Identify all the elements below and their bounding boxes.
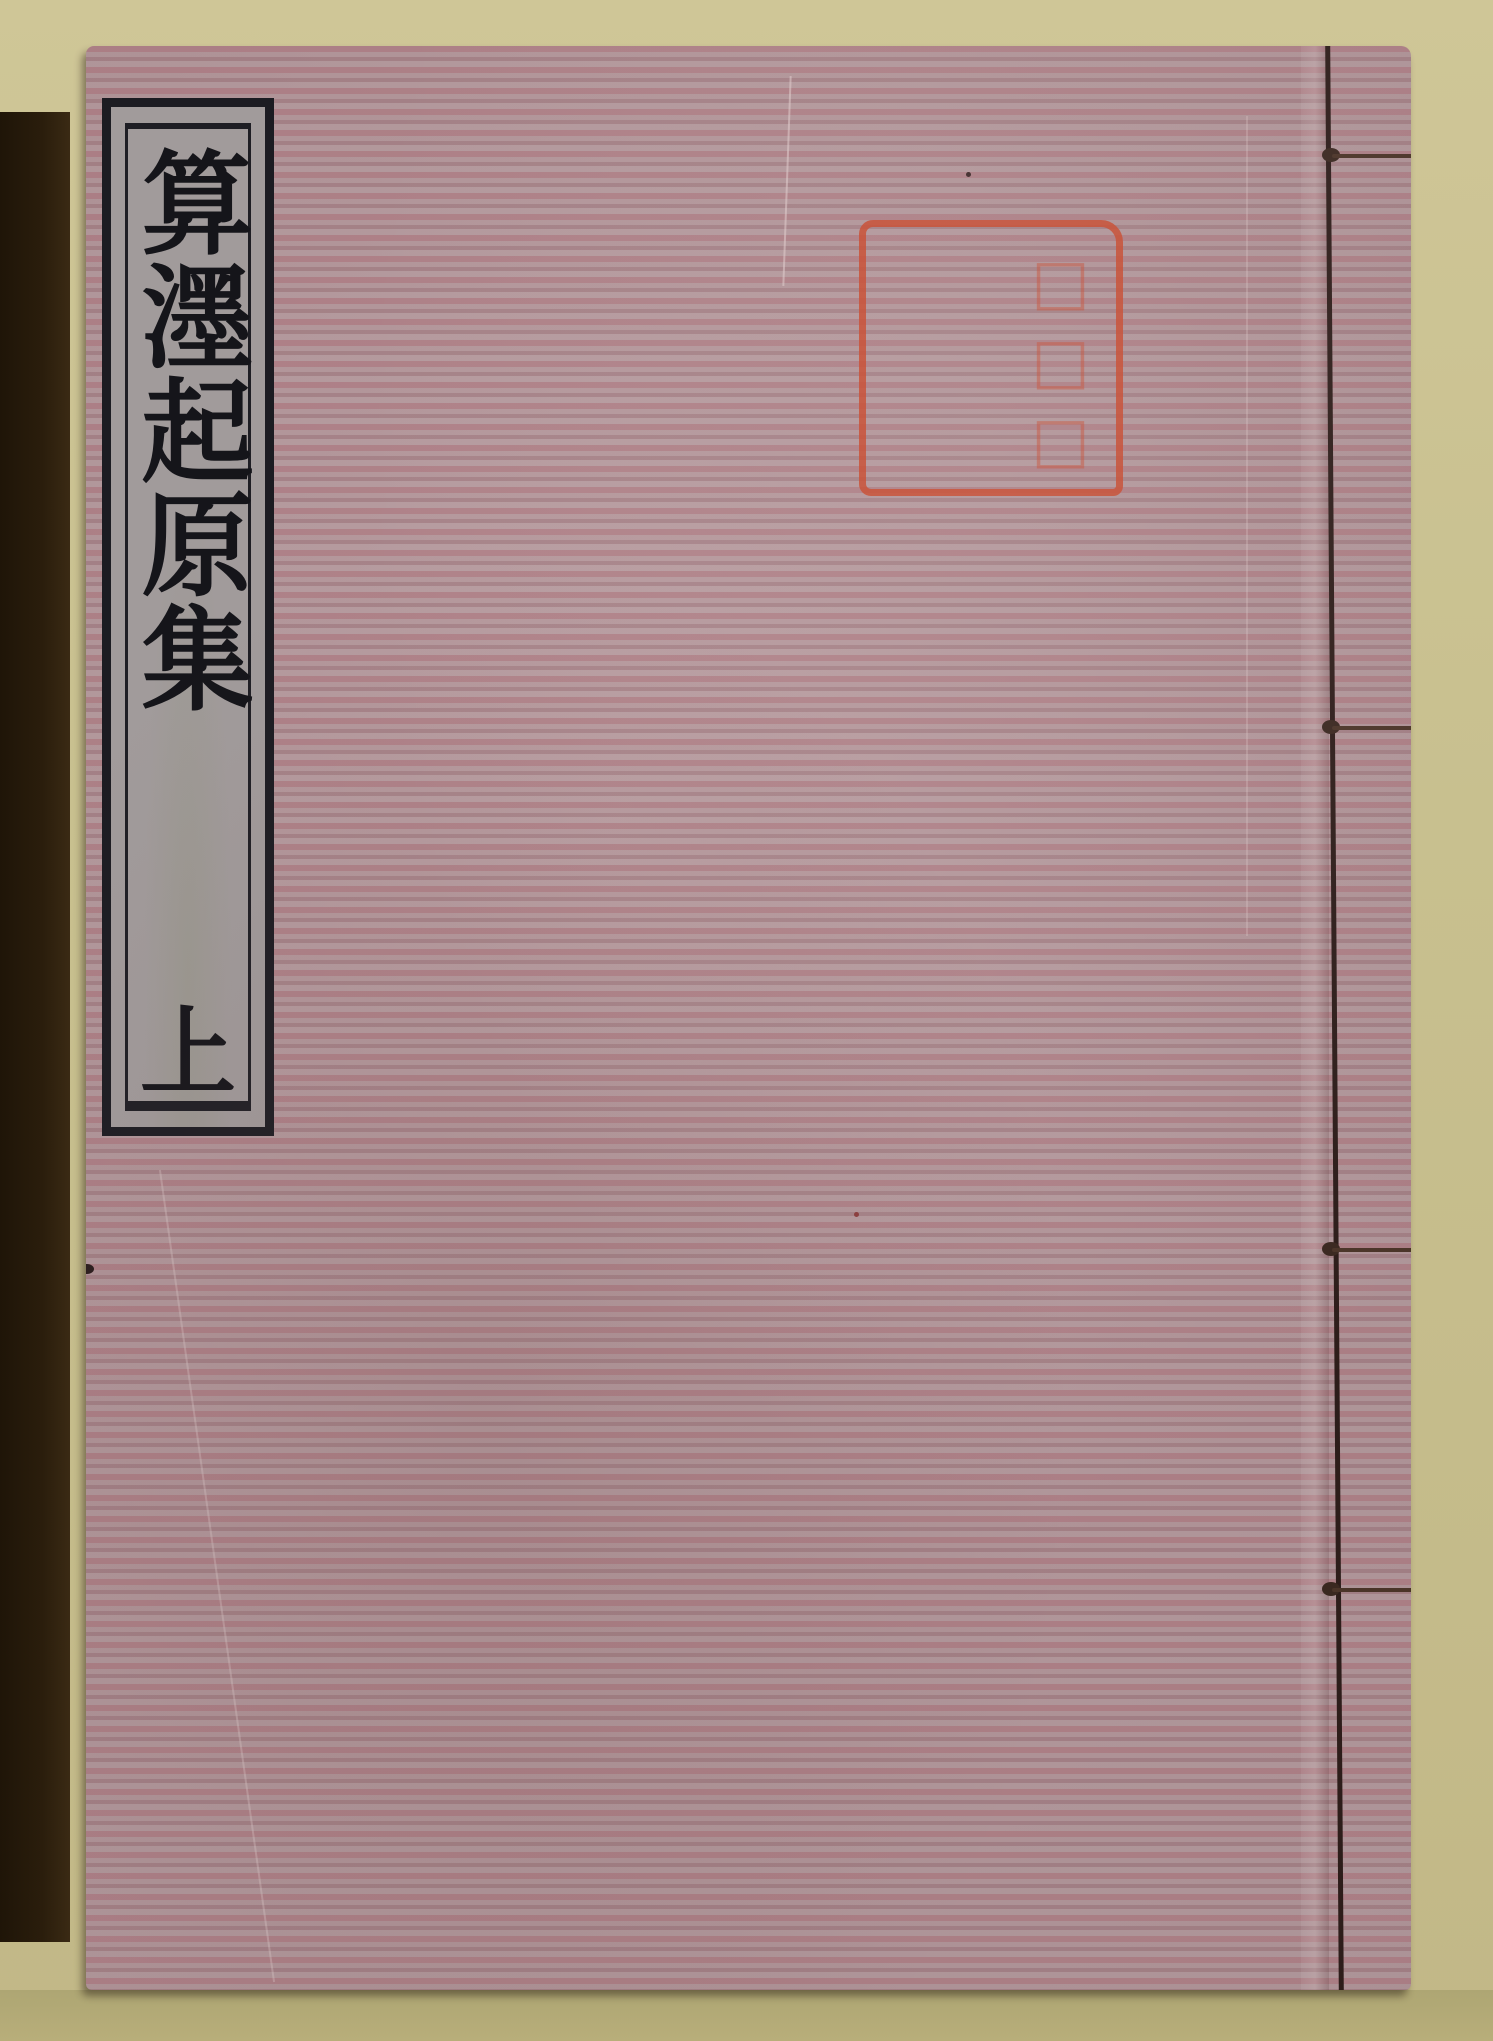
cover-crease	[1246, 116, 1248, 936]
ownership-seal: □□□□	[859, 220, 1123, 496]
cover-blemish	[966, 172, 971, 177]
volume-label: 上	[111, 1003, 265, 1103]
binding-stitch	[1332, 154, 1411, 158]
cover-blemish	[86, 1264, 94, 1274]
cover-crease	[159, 1170, 275, 1982]
background-table-edge	[0, 1990, 1493, 2041]
cover-crease	[782, 76, 791, 286]
background-shadow	[0, 112, 70, 1942]
binding-stitch	[1332, 1588, 1411, 1592]
binding-stitch	[1332, 726, 1411, 730]
cover-blemish	[854, 1212, 859, 1217]
spine-fold	[1301, 46, 1329, 1990]
binding-stitch	[1332, 1248, 1411, 1252]
seal-text: □□□□	[884, 245, 1098, 471]
title-slip: 算濹起原集 上	[102, 98, 274, 1136]
book-title: 算濹起原集	[113, 145, 263, 715]
book-cover: 算濹起原集 上 □□□□	[86, 46, 1411, 1990]
